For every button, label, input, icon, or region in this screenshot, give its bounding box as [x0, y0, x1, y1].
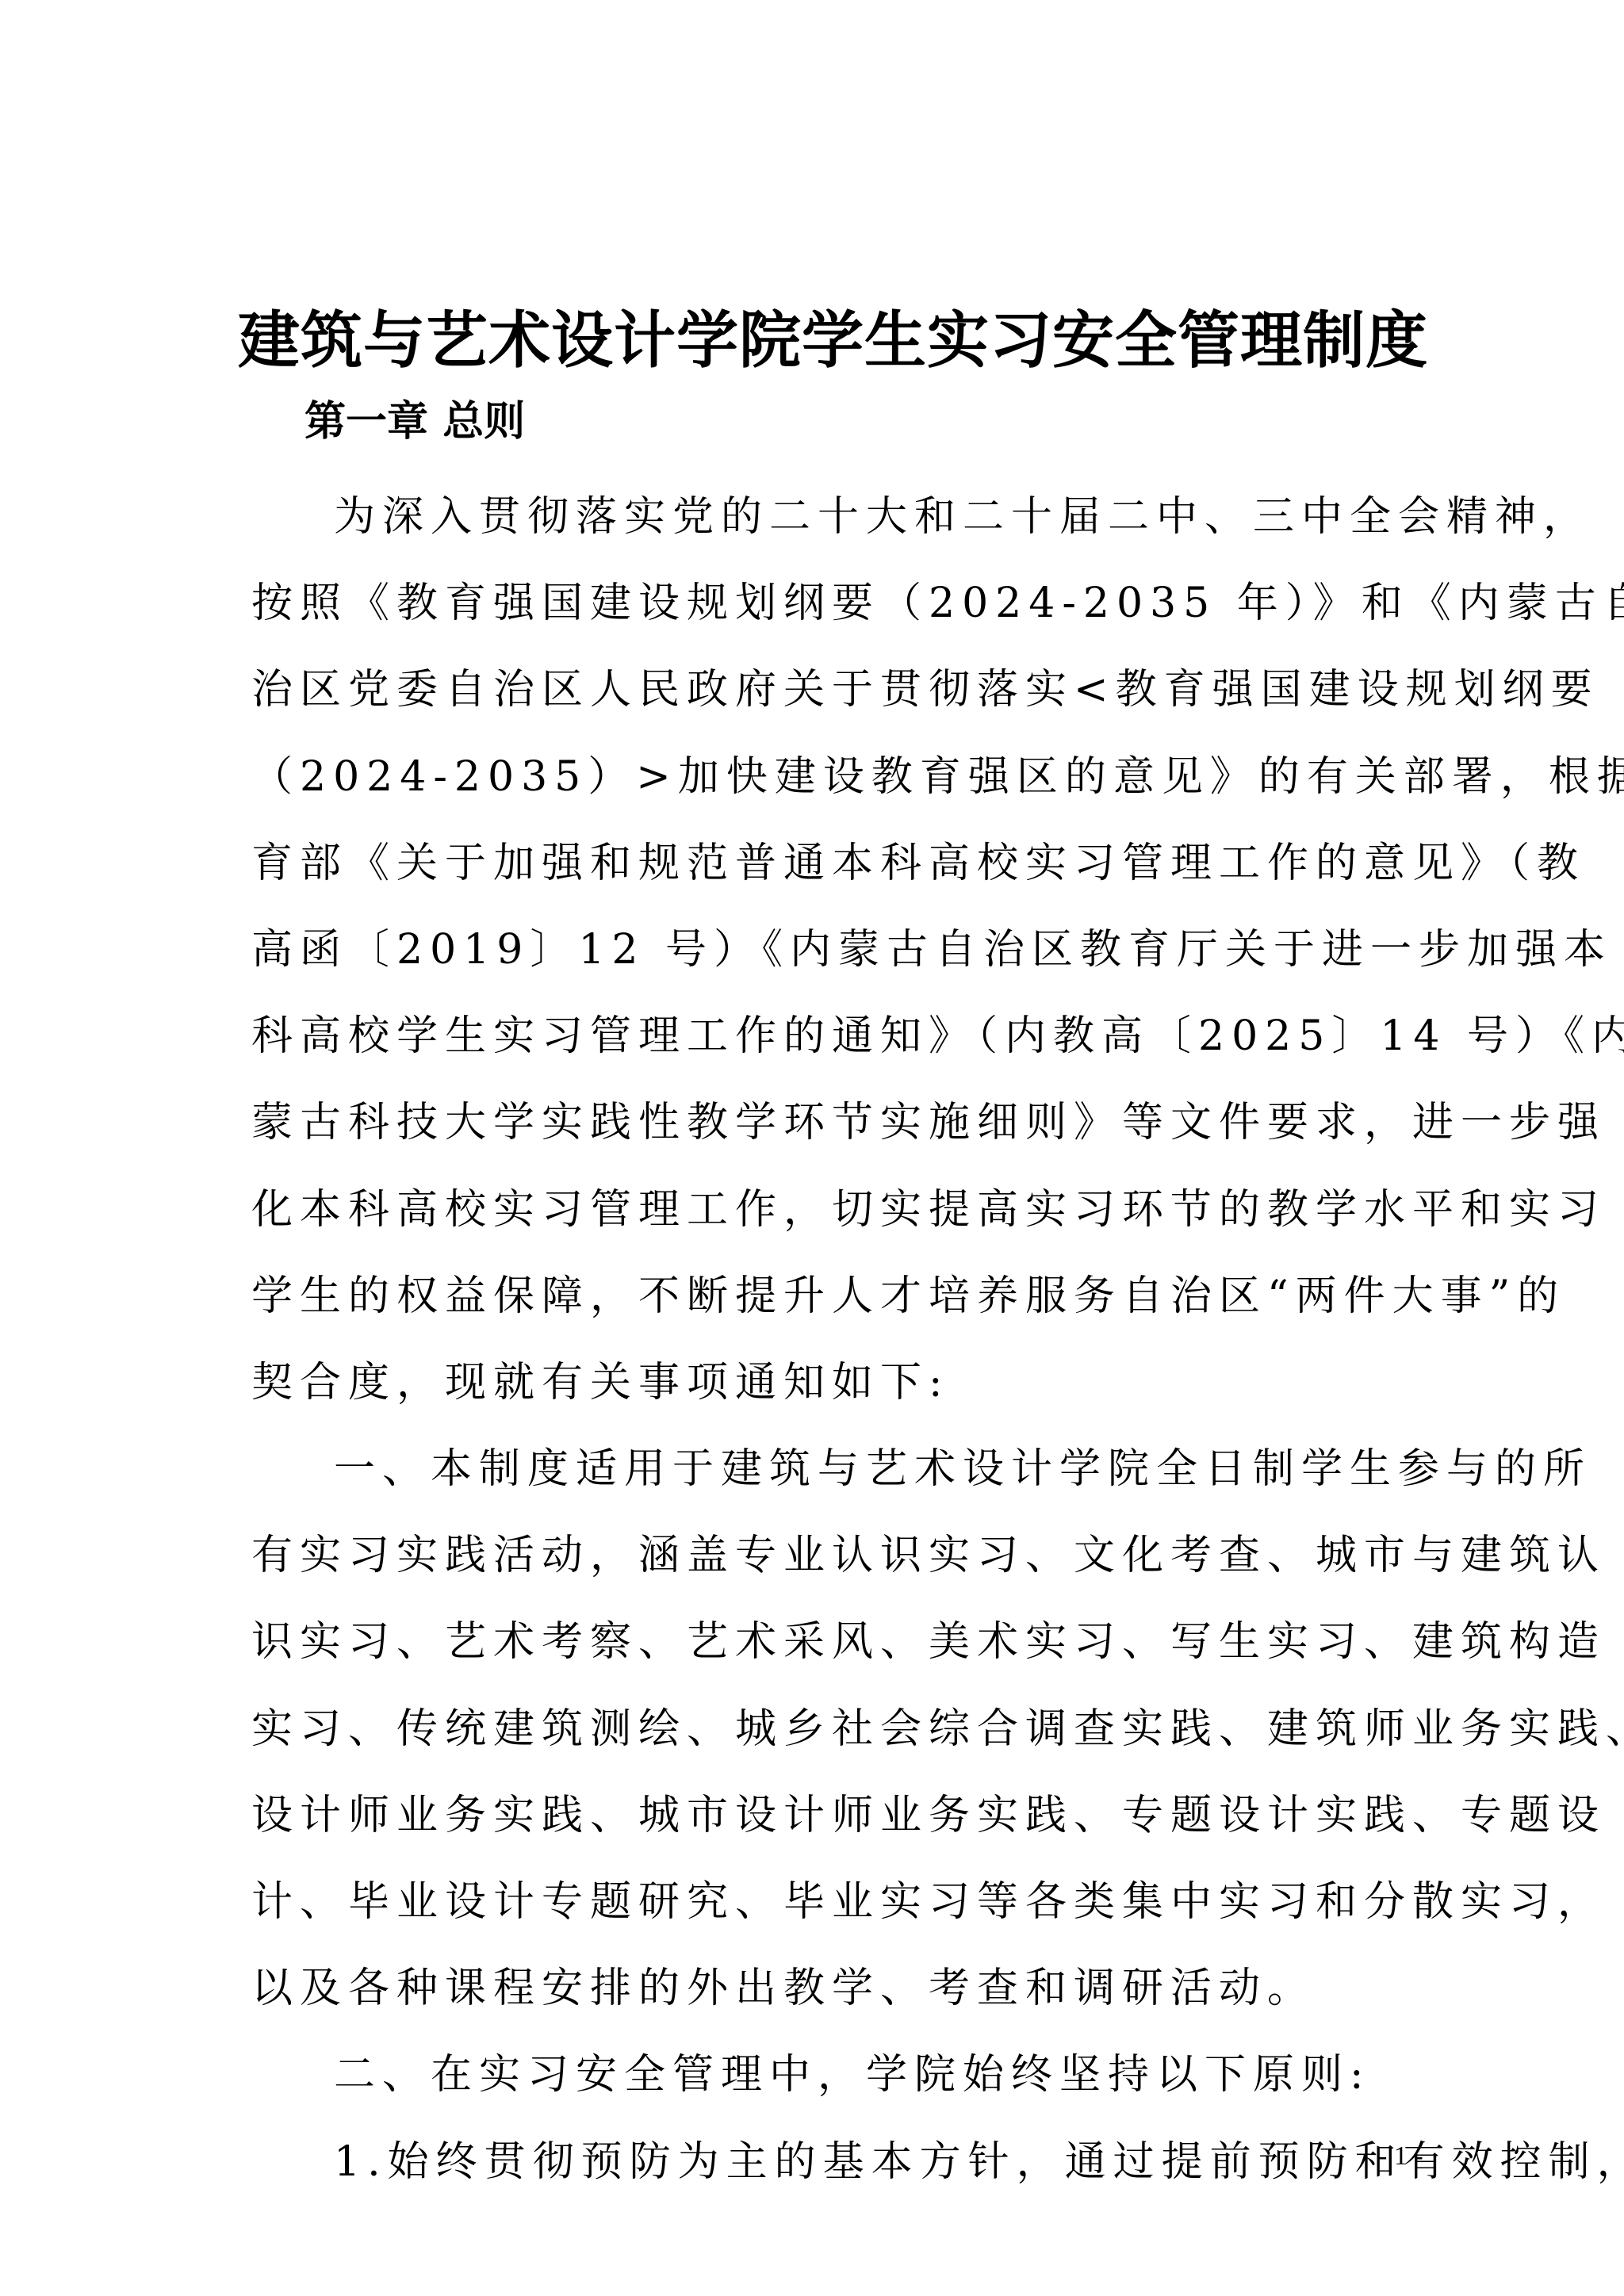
document-page: 建筑与艺术设计学院学生实习安全管理制度 第一章 总则 为深入贯彻落实党的二十大和…	[0, 0, 1624, 2296]
principle-one-line: 1.始终贯彻预防为主的基本方针，通过提前预防和有效控制，	[251, 2119, 1409, 2206]
section-one-line: 计、毕业设计专题研究、毕业实习等各类集中实习和分散实习，	[251, 1859, 1409, 1946]
page-number: - 1 -	[1378, 2141, 1423, 2172]
paragraph-line: 学生的权益保障，不断提升人才培养服务自治区“两件大事”的	[251, 1253, 1409, 1340]
section-one-line: 实习、传统建筑测绘、城乡社会综合调查实践、建筑师业务实践、	[251, 1686, 1409, 1773]
paragraph-line: 契合度，现就有关事项通知如下:	[251, 1340, 1409, 1426]
paragraph-line: 化本科高校实习管理工作，切实提高实习环节的教学水平和实习	[251, 1167, 1409, 1253]
paragraph-line: 治区党委自治区人民政府关于贯彻落实<教育强国建设规划纲要	[251, 647, 1409, 733]
paragraph-line: 育部《关于加强和规范普通本科高校实习管理工作的意见》（教	[251, 821, 1409, 907]
section-two-heading: 二、在实习安全管理中，学院始终坚持以下原则:	[251, 2032, 1409, 2118]
paragraph-line: （2024-2035）>加快建设教育强区的意见》的有关部署，根据教	[251, 734, 1409, 821]
paragraph-line: 蒙古科技大学实践性教学环节实施细则》等文件要求，进一步强	[251, 1080, 1409, 1166]
paragraph-line: 科高校学生实习管理工作的通知》（内教高〔2025〕14 号）《内	[251, 993, 1409, 1080]
section-one-line: 一、本制度适用于建筑与艺术设计学院全日制学生参与的所	[251, 1426, 1409, 1513]
paragraph-line: 为深入贯彻落实党的二十大和二十届二中、三中全会精神，	[251, 474, 1409, 561]
section-one-line: 识实习、艺术考察、艺术采风、美术实习、写生实习、建筑构造	[251, 1599, 1409, 1686]
chapter-heading: 第一章 总则	[304, 390, 525, 453]
document-title: 建筑与艺术设计学院学生实习安全管理制度	[238, 301, 1404, 381]
section-one-line: 以及各种课程安排的外出教学、考查和调研活动。	[251, 1946, 1409, 2032]
paragraph-line: 高函〔2019〕12 号）《内蒙古自治区教育厅关于进一步加强本	[251, 907, 1409, 993]
document-body: 为深入贯彻落实党的二十大和二十届二中、三中全会精神， 按照《教育强国建设规划纲要…	[251, 474, 1409, 2206]
section-one-line: 有实习实践活动，涵盖专业认识实习、文化考查、城市与建筑认	[251, 1513, 1409, 1599]
paragraph-line: 按照《教育强国建设规划纲要（2024-2035 年）》和《内蒙古自	[251, 561, 1409, 647]
section-one-line: 设计师业务实践、城市设计师业务实践、专题设计实践、专题设	[251, 1773, 1409, 1859]
